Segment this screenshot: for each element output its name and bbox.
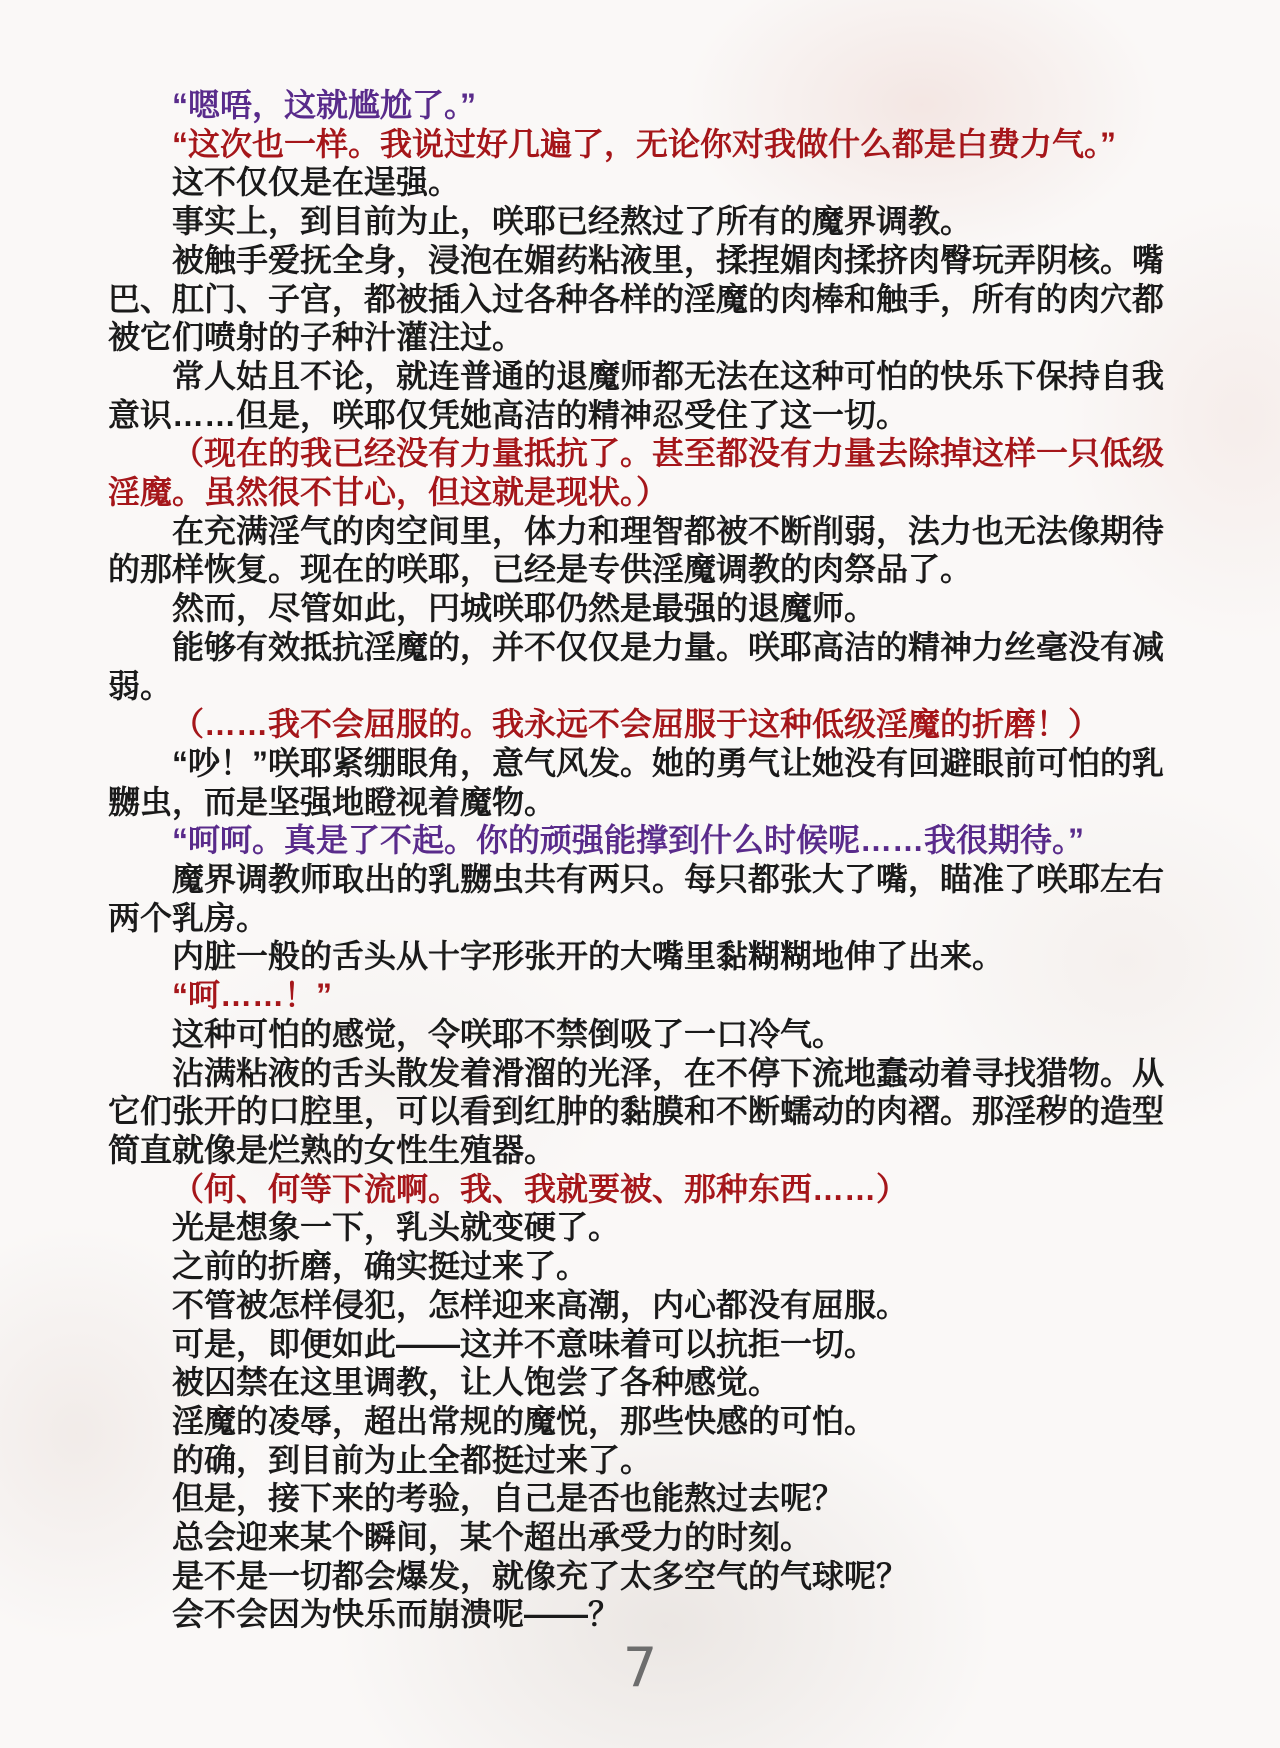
narration: 但是，接下来的考验，自己是否也能熬过去呢？ [108,1479,1166,1518]
dialogue-line: “呵……！” [108,976,1166,1015]
narration: 可是，即便如此——这并不意味着可以抗拒一切。 [108,1325,1166,1364]
narration: 在充满淫气的肉空间里，体力和理智都被不断削弱，法力也无法像期待的那样恢复。现在的… [108,512,1166,589]
inner-thought: （现在的我已经没有力量抵抗了。甚至都没有力量去除掉这样一只低级淫魔。虽然很不甘心… [108,434,1166,511]
narration: 然而，尽管如此，円城咲耶仍然是最强的退魔师。 [108,589,1166,628]
dialogue-line: “这次也一样。我说过好几遍了，无论你对我做什么都是白费力气。” [108,125,1166,164]
narration: 这种可怕的感觉，令咲耶不禁倒吸了一口冷气。 [108,1015,1166,1054]
narration: 内脏一般的舌头从十字形张开的大嘴里黏糊糊地伸了出来。 [108,937,1166,976]
text-content: “嗯唔，这就尴尬了。”“这次也一样。我说过好几遍了，无论你对我做什么都是白费力气… [108,86,1166,1634]
inner-thought: （何、何等下流啊。我、我就要被、那种东西……） [108,1170,1166,1209]
narration: 会不会因为快乐而崩溃呢——？ [108,1595,1166,1634]
narration: 的确，到目前为止全都挺过来了。 [108,1441,1166,1480]
page-number: 7 [0,1636,1280,1699]
narration: 魔界调教师取出的乳嬲虫共有两只。每只都张大了嘴，瞄准了咲耶左右两个乳房。 [108,860,1166,937]
narration: 淫魔的凌辱，超出常规的魔悦，那些快感的可怕。 [108,1402,1166,1441]
dialogue-line: “嗯唔，这就尴尬了。” [108,86,1166,125]
narration: 被囚禁在这里调教，让人饱尝了各种感觉。 [108,1363,1166,1402]
narration: “吵！”咲耶紧绷眼角，意气风发。她的勇气让她没有回避眼前可怕的乳嬲虫，而是坚强地… [108,744,1166,821]
dialogue-line: “呵呵。真是了不起。你的顽强能撑到什么时候呢……我很期待。” [108,821,1166,860]
narration: 这不仅仅是在逞强。 [108,163,1166,202]
narration: 之前的折磨，确实挺过来了。 [108,1247,1166,1286]
inner-thought: （……我不会屈服的。我永远不会屈服于这种低级淫魔的折磨！） [108,705,1166,744]
narration: 总会迎来某个瞬间，某个超出承受力的时刻。 [108,1518,1166,1557]
narration: 不管被怎样侵犯，怎样迎来高潮，内心都没有屈服。 [108,1286,1166,1325]
narration: 沾满粘液的舌头散发着滑溜的光泽，在不停下流地蠢动着寻找猎物。从它们张开的口腔里，… [108,1054,1166,1170]
novel-page: “嗯唔，这就尴尬了。”“这次也一样。我说过好几遍了，无论你对我做什么都是白费力气… [0,0,1280,1748]
narration: 光是想象一下，乳头就变硬了。 [108,1208,1166,1247]
narration: 是不是一切都会爆发，就像充了太多空气的气球呢？ [108,1557,1166,1596]
narration: 常人姑且不论，就连普通的退魔师都无法在这种可怕的快乐下保持自我意识……但是，咲耶… [108,357,1166,434]
narration: 被触手爱抚全身，浸泡在媚药粘液里，揉捏媚肉揉挤肉臀玩弄阴核。嘴巴、肛门、子宫，都… [108,241,1166,357]
narration: 事实上，到目前为止，咲耶已经熬过了所有的魔界调教。 [108,202,1166,241]
narration: 能够有效抵抗淫魔的，并不仅仅是力量。咲耶高洁的精神力丝毫没有减弱。 [108,628,1166,705]
